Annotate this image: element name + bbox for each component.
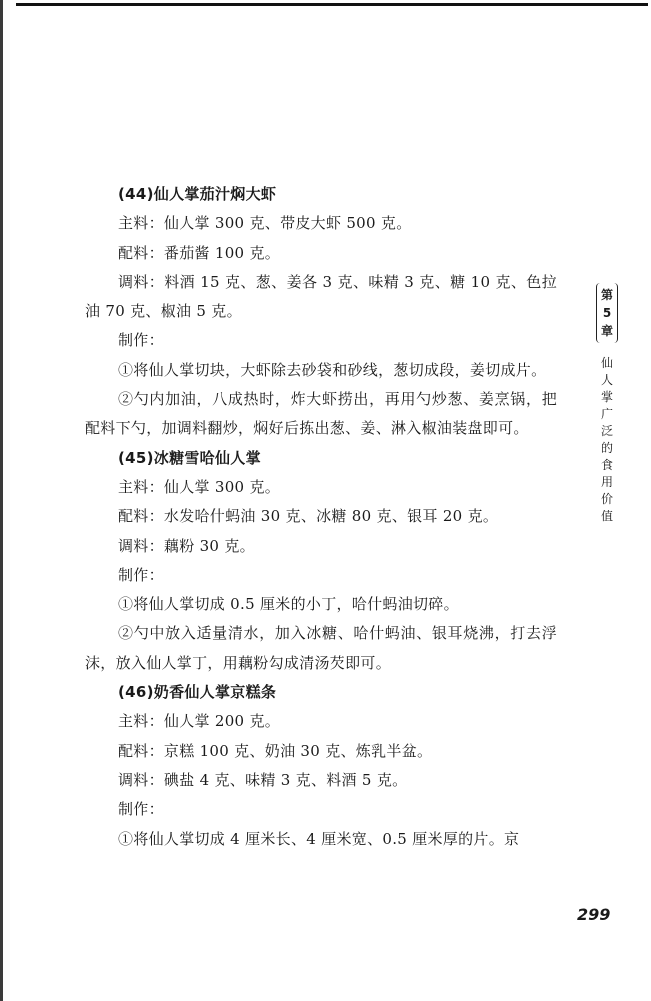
aux-ingredients: 配料：番茄酱 100 克。 <box>85 239 557 268</box>
seasonings: 调料：藕粉 30 克。 <box>85 532 557 561</box>
method-label: 制作： <box>85 326 557 355</box>
chapter-title-char: 广 <box>596 406 618 423</box>
chapter-title-char: 的 <box>596 440 618 457</box>
chapter-number: 5 <box>597 304 617 322</box>
recipe-title: (45)冰糖雪哈仙人掌 <box>85 444 557 473</box>
page-number: 299 <box>577 905 610 924</box>
main-ingredients: 主料：仙人掌 300 克。 <box>85 473 557 502</box>
aux-ingredients: 配料：水发哈什蚂油 30 克、冰糖 80 克、银耳 20 克。 <box>85 502 557 531</box>
chapter-side-tab: 第 5 章 仙 人 掌 广 泛 的 食 用 价 值 <box>596 283 618 525</box>
chapter-title-char: 值 <box>596 508 618 525</box>
chapter-title-char: 食 <box>596 457 618 474</box>
chapter-title-char: 人 <box>596 372 618 389</box>
chapter-title: 仙 人 掌 广 泛 的 食 用 价 值 <box>596 355 618 525</box>
recipe-46: (46)奶香仙人掌京糕条 主料：仙人掌 200 克。 配料：京糕 100 克、奶… <box>85 678 557 854</box>
main-ingredients: 主料：仙人掌 300 克、带皮大虾 500 克。 <box>85 209 557 238</box>
method-step: ②勺内加油，八成热时，炸大虾捞出，再用勺炒葱、姜烹锅，把配料下勺，加调料翻炒，焖… <box>85 385 557 444</box>
chapter-title-char: 掌 <box>596 389 618 406</box>
chapter-char: 章 <box>597 322 617 340</box>
chapter-title-char: 仙 <box>596 355 618 372</box>
header-rule <box>16 3 648 6</box>
chapter-char: 第 <box>597 286 617 304</box>
recipe-title: (46)奶香仙人掌京糕条 <box>85 678 557 707</box>
recipe-45: (45)冰糖雪哈仙人掌 主料：仙人掌 300 克。 配料：水发哈什蚂油 30 克… <box>85 444 557 678</box>
chapter-title-char: 泛 <box>596 423 618 440</box>
chapter-title-char: 用 <box>596 474 618 491</box>
method-label: 制作： <box>85 795 557 824</box>
chapter-marker: 第 5 章 <box>596 283 618 343</box>
chapter-title-char: 价 <box>596 491 618 508</box>
seasonings: 调料：碘盐 4 克、味精 3 克、料酒 5 克。 <box>85 766 557 795</box>
method-step: ①将仙人掌切成 0.5 厘米的小丁，哈什蚂油切碎。 <box>85 590 557 619</box>
page-body: (44)仙人掌茄汁焖大虾 主料：仙人掌 300 克、带皮大虾 500 克。 配料… <box>85 180 557 854</box>
method-step: ①将仙人掌切成 4 厘米长、4 厘米宽、0.5 厘米厚的片。京 <box>85 825 557 854</box>
main-ingredients: 主料：仙人掌 200 克。 <box>85 707 557 736</box>
method-step: ②勺中放入适量清水，加入冰糖、哈什蚂油、银耳烧沸，打去浮沫，放入仙人掌丁，用藕粉… <box>85 619 557 678</box>
method-label: 制作： <box>85 561 557 590</box>
seasonings: 调料：料酒 15 克、葱、姜各 3 克、味精 3 克、糖 10 克、色拉油 70… <box>85 268 557 327</box>
recipe-title: (44)仙人掌茄汁焖大虾 <box>85 180 557 209</box>
page-left-border <box>0 0 3 1001</box>
recipe-44: (44)仙人掌茄汁焖大虾 主料：仙人掌 300 克、带皮大虾 500 克。 配料… <box>85 180 557 444</box>
method-step: ①将仙人掌切块，大虾除去砂袋和砂线，葱切成段，姜切成片。 <box>85 356 557 385</box>
aux-ingredients: 配料：京糕 100 克、奶油 30 克、炼乳半盆。 <box>85 737 557 766</box>
